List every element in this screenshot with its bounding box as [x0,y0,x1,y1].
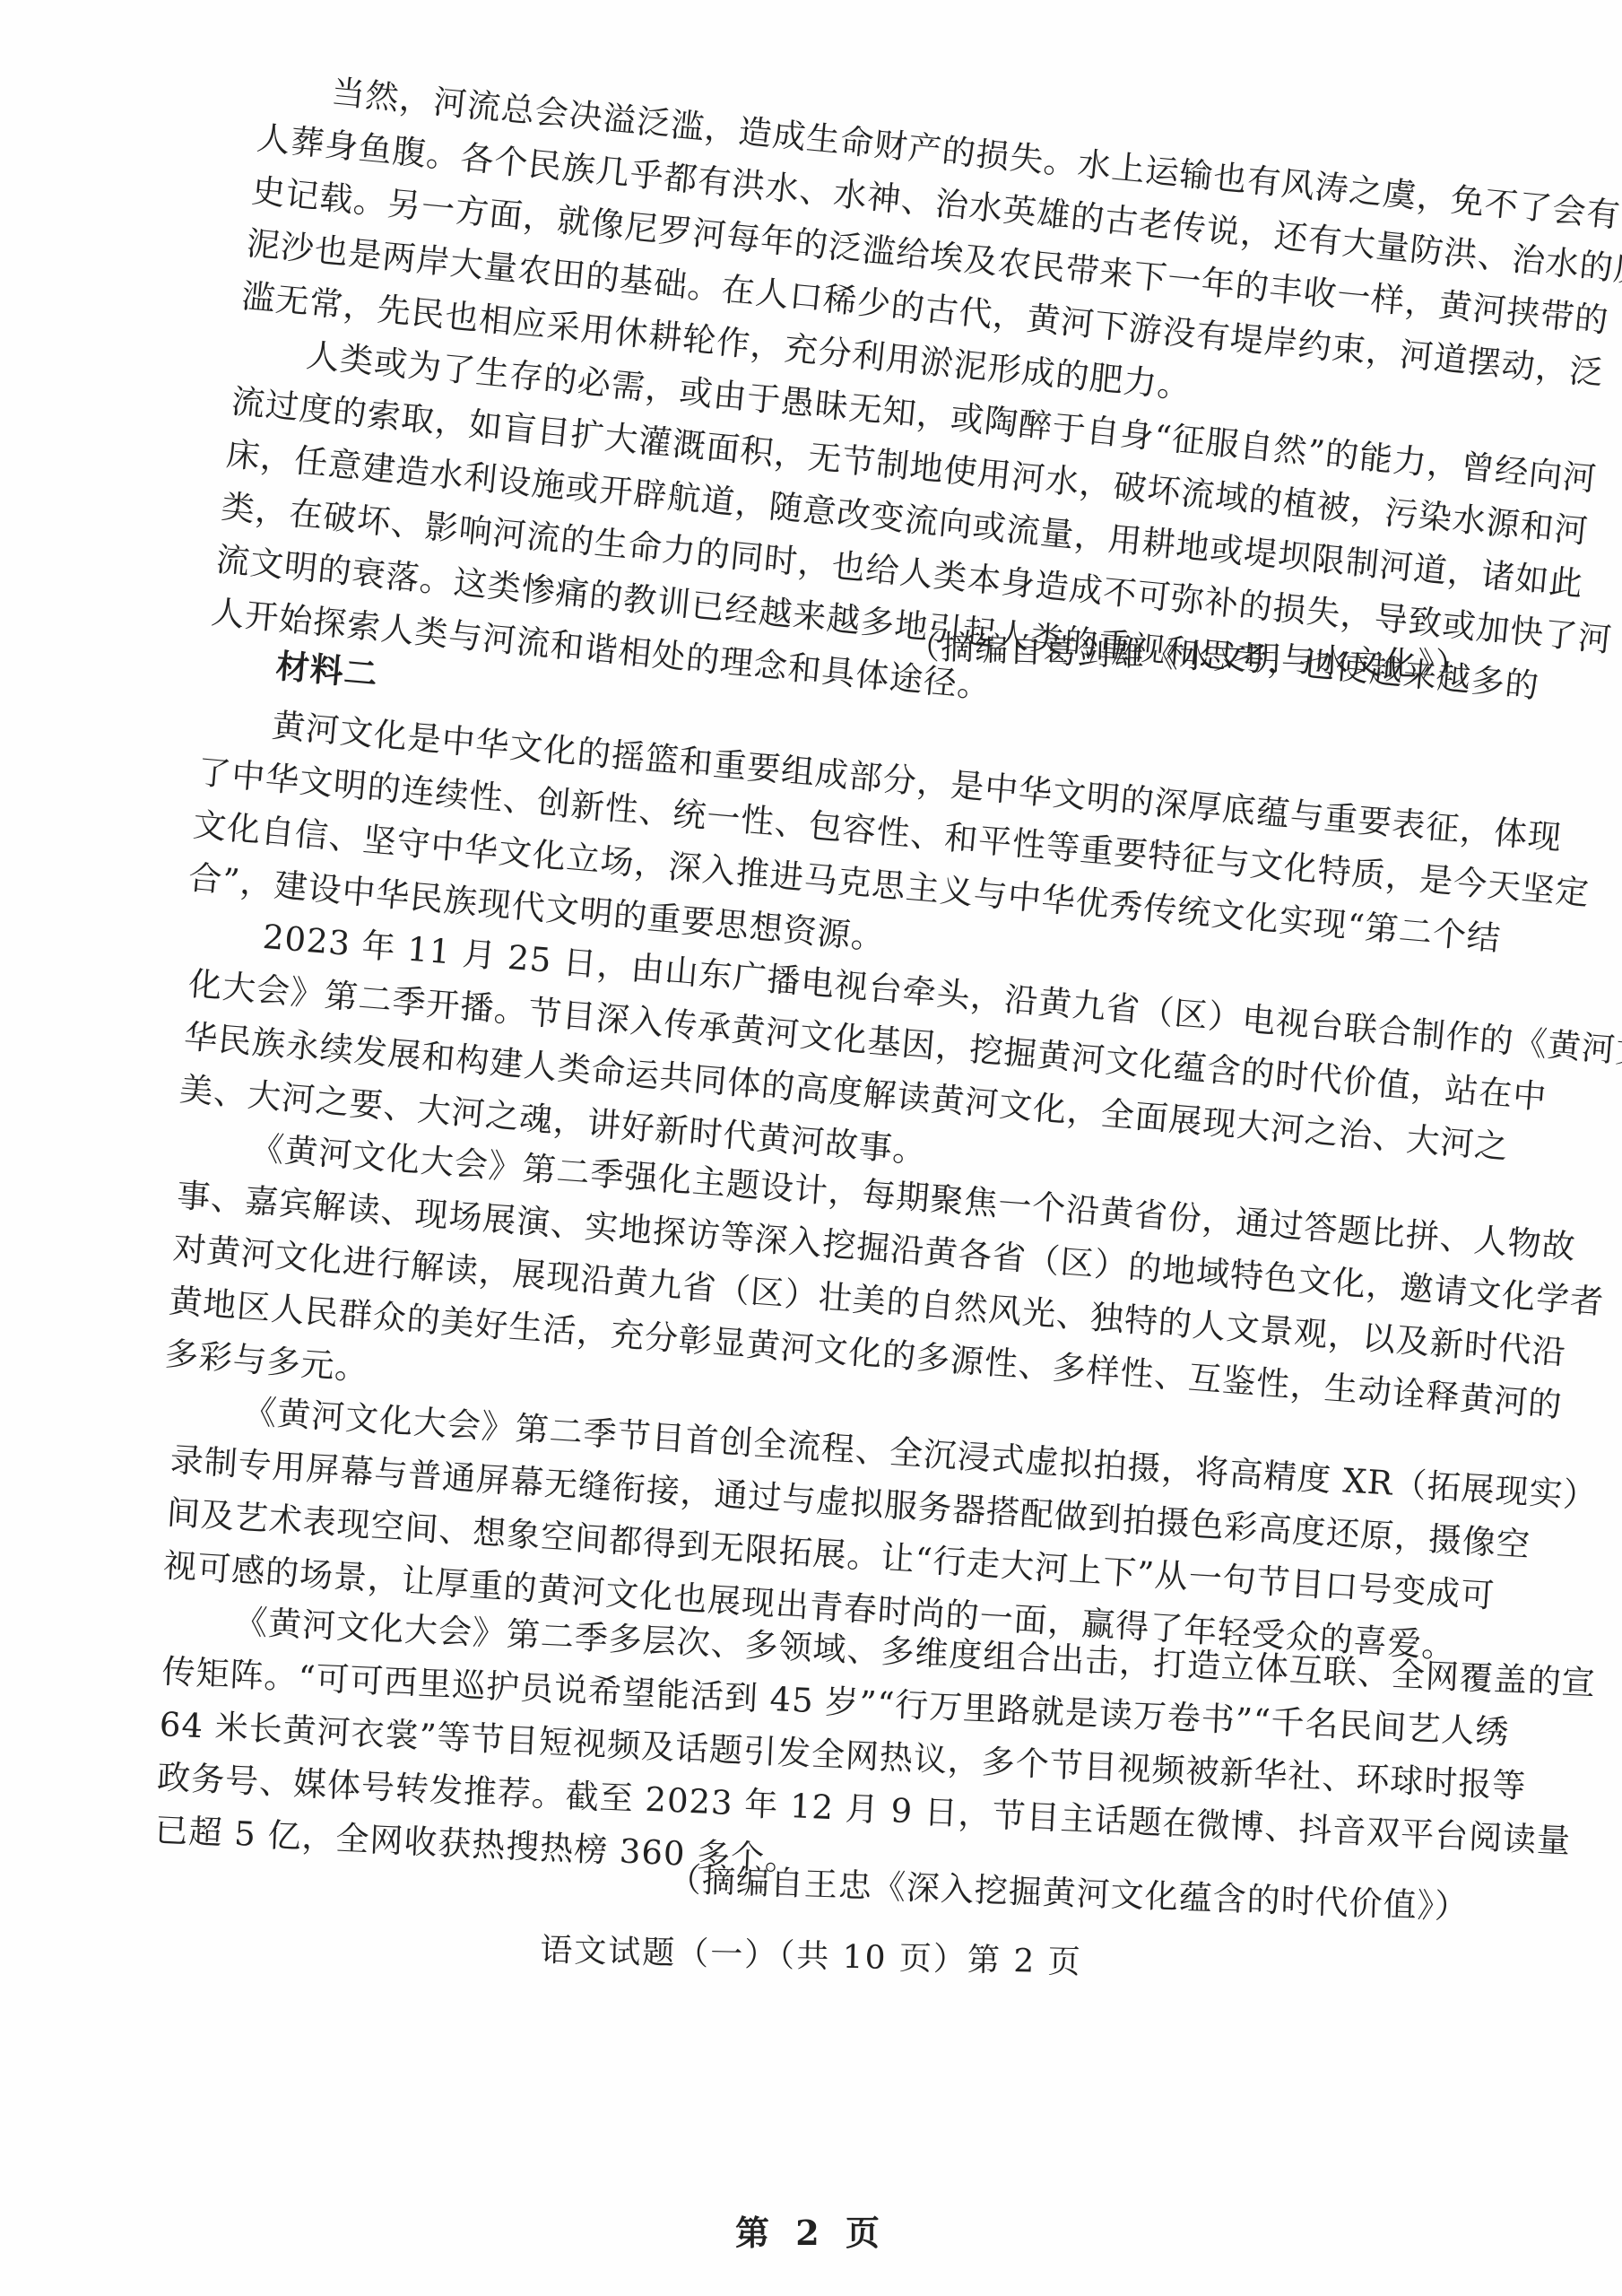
page-number: 第 2 页 [0,2212,1622,2255]
material2-heading: 材料二 [273,639,380,701]
text-column: 当然，河流总会决溢泛滥，造成生命财产的损失。水上运输也有风涛之虞，免不了会有 人… [160,57,1469,1934]
scanned-exam-page: 当然，河流总会决溢泛滥，造成生命财产的损失。水上运输也有风涛之虞，免不了会有 人… [0,0,1622,2296]
